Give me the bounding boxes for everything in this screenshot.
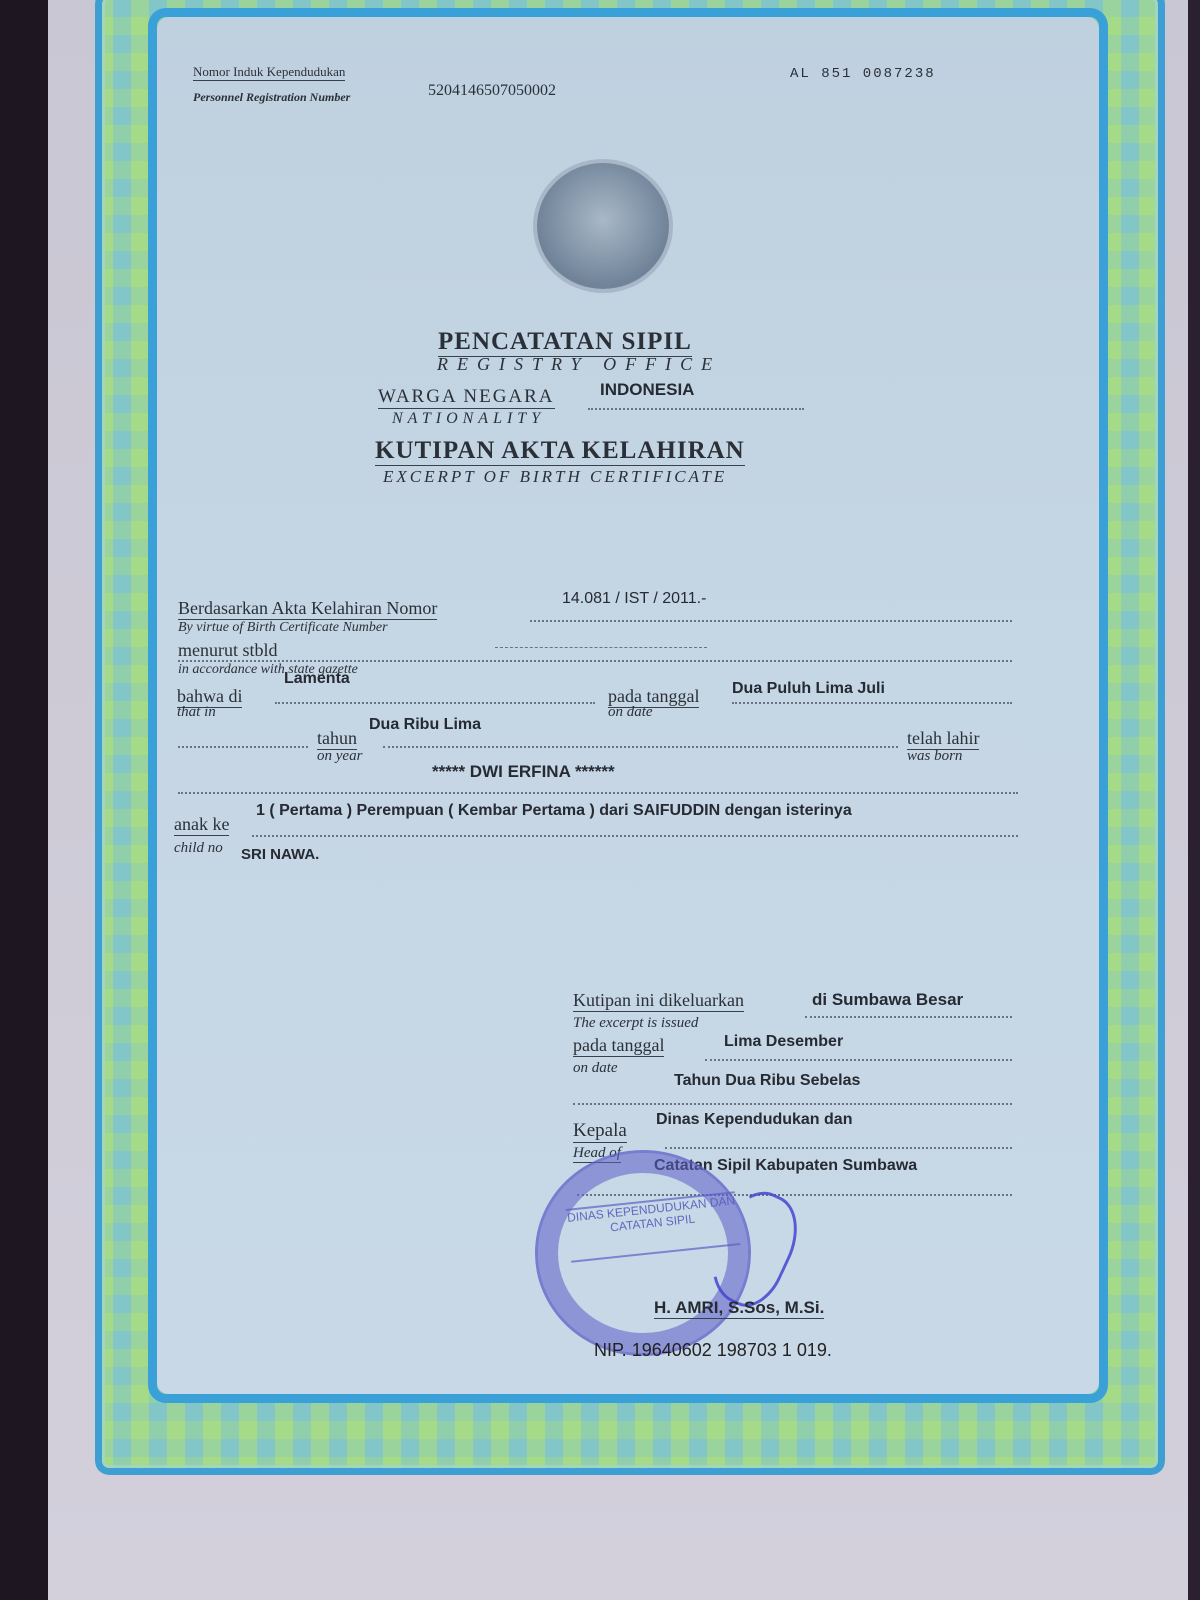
signatory-name: H. AMRI, S.Sos, M.Si. [654,1298,824,1319]
garuda-emblem-icon [537,163,669,289]
cert-number-label-en: By virtue of Birth Certificate Number [178,620,388,636]
cert-number-label: Berdasarkan Akta Kelahiran Nomor [178,598,437,620]
issued-date-label: pada tanggal [573,1035,664,1057]
dotted-line [588,408,804,410]
doc-title-en: EXCERPT OF BIRTH CERTIFICATE [383,467,727,487]
issued-date-value: Lima Desember [724,1033,843,1051]
background-edge [1188,0,1200,1600]
child-order-value: 1 ( Pertama ) Perempuan ( Kembar Pertama… [256,802,852,820]
dotted-line [573,1103,1012,1105]
nik-value: 5204146507050002 [428,82,556,100]
place-label-en: that in [177,704,216,721]
signatory-nip: NIP. 19640602 198703 1 019. [594,1340,832,1361]
year-label: tahun [317,728,357,750]
issued-label-en: The excerpt is issued [573,1015,698,1032]
nationality-label: WARGA NEGARA [378,386,555,409]
dotted-line [705,1059,1012,1061]
dotted-line [178,746,308,748]
dotted-line [275,702,595,704]
stbld-label: menurut stbld [178,640,278,661]
issued-year-value: Tahun Dua Ribu Sebelas [674,1072,860,1090]
nik-label-en: Personnel Registration Number [193,90,350,105]
dotted-line [665,1147,1012,1149]
date-value: Dua Puluh Lima Juli [732,680,885,698]
place-value: Lamenta [284,670,350,688]
born-label-en: was born [907,748,962,765]
born-label: telah lahir [907,728,979,750]
child-name-value: ***** DWI ERFINA ****** [432,762,615,782]
serial-number: AL 851 0087238 [790,66,936,82]
nik-label: Nomor Induk Kependudukan [193,64,345,81]
office-line-1: Dinas Kependudukan dan [656,1111,852,1129]
year-value: Dua Ribu Lima [369,716,481,734]
issued-place-value: di Sumbawa Besar [812,990,963,1010]
registry-title: PENCATATAN SIPIL [438,328,692,357]
year-label-en: on year [317,748,362,765]
dotted-line [252,835,1018,837]
cert-number-value: 14.081 / IST / 2011.- [562,590,706,608]
head-label: Kepala [573,1120,627,1143]
nationality-label-en: NATIONALITY [392,410,545,428]
registry-title-en: REGISTRY OFFICE [437,354,721,375]
nationality-value: INDONESIA [600,380,694,400]
doc-title: KUTIPAN AKTA KELAHIRAN [375,437,745,466]
mother-name-value: SRI NAWA. [241,846,319,863]
dotted-line [178,792,1018,794]
issued-label: Kutipan ini dikeluarkan [573,990,744,1012]
dotted-line [732,702,1012,704]
date-label-en: on date [608,704,653,721]
issued-date-label-en: on date [573,1060,618,1077]
dotted-line [383,746,898,748]
dotted-line [530,620,1012,622]
dotted-line [805,1016,1012,1018]
dashed-line [495,647,707,648]
child-order-label-en: child no [174,840,223,857]
child-order-label: anak ke [174,814,229,836]
